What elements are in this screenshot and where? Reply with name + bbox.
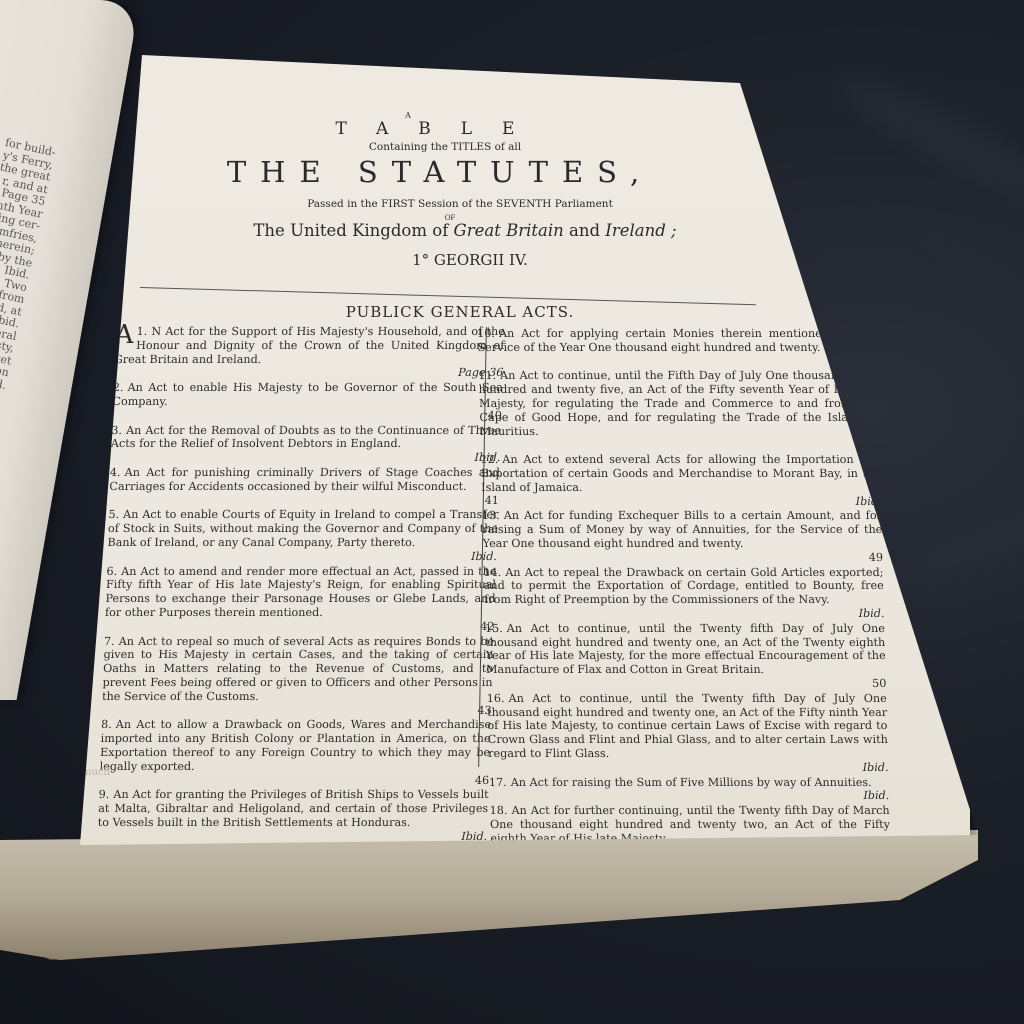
act-title: An Act for granting the Privileges of Br… [97,788,488,829]
act-page: Ibid. [110,451,500,465]
cloth-fold [826,61,1024,218]
act-page: 49 [483,551,883,565]
act-title: An Act to allow a Drawback on Goods, War… [99,718,491,772]
book-page: A TABLE Containing the TITLES of all THE… [80,55,970,845]
act-page: 50 [486,677,886,691]
act-page: 48 [480,438,880,452]
act-title: N Act for the Support of His Majesty's H… [114,325,505,366]
header-containing: Containing the TITLES of all [300,141,590,153]
act-entry: 3.An Act for the Removal of Doubts as to… [110,424,501,465]
act-number: 11. [478,369,496,382]
act-title: An Act for funding Exchequer Bills to a … [482,509,882,550]
act-entry: 15.An Act to continue, until the Twenty … [485,622,887,691]
act-entry: 2.An Act to enable His Majesty to be Gov… [112,381,503,422]
act-entry: 10.An Act for applying certain Monies th… [477,327,878,368]
act-title: An Act to enable Courts of Equity in Ire… [107,508,498,549]
act-title: An Act to repeal the Drawback on certain… [484,566,884,607]
act-entry: 7.An Act to repeal so much of several Ac… [101,635,494,718]
act-number: 5. [108,508,119,521]
act-entry: 4.An Act for punishing criminally Driver… [109,466,500,507]
section-title: PUBLICK GENERAL ACTS. [300,303,620,321]
header-session: Passed in the FIRST Session of the SEVEN… [250,198,670,210]
page-title: THE STATUTES, [210,155,670,189]
kingdom-and: and [569,221,600,240]
act-entry: 11.An Act to continue, until the Fifth D… [478,369,880,452]
act-title: An Act to repeal so much of several Acts… [102,635,494,703]
cloth-fold [880,480,1024,600]
act-page: 46 [99,774,489,788]
act-title: An Act for raising the Sum of Five Milli… [511,776,872,789]
act-entry: 5.An Act to enable Courts of Equity in I… [107,508,499,563]
act-number: 18. [490,804,508,817]
act-page: Ibid. [484,607,884,621]
act-page: 41 [109,494,499,508]
act-page: Ibid. [489,789,889,803]
act-number: 8. [101,718,112,731]
act-title: An Act to extend several Acts for allowi… [481,453,881,494]
act-page: Ibid. [488,761,888,775]
act-title: An Act for the Removal of Doubts as to t… [111,424,502,451]
kingdom-prefix: The United Kingdom of [253,221,448,240]
act-page: Page 36 [113,366,503,380]
act-number: 3. [111,424,122,437]
act-title: An Act to enable His Majesty to be Gover… [112,381,503,408]
act-number: 17. [489,776,507,789]
bleed-through-text: much [82,767,110,778]
act-entry: 8.An Act to allow a Drawback on Goods, W… [99,718,491,787]
act-number: 13. [482,509,500,522]
act-title: An Act to continue, until the Fifth Day … [478,369,879,437]
act-number: 4. [110,466,121,479]
act-number: 9. [98,788,109,801]
header-regnal-year: 1° GEORGII IV. [340,251,600,269]
act-entry: 13.An Act for funding Exchequer Bills to… [482,509,883,564]
act-number: 16. [487,692,505,705]
act-page: 40 [112,409,502,423]
acts-column-left: 1.AN Act for the Support of His Majesty'… [97,325,505,844]
act-number: 12. [480,453,498,466]
act-number: 10. [477,327,495,340]
kingdom-gb: Great Britain [454,221,564,240]
act-entry: 12.An Act to extend several Acts for all… [480,453,881,508]
act-title: An Act for applying certain Monies there… [477,327,877,354]
act-entry: 9.An Act for granting the Privileges of … [97,788,489,843]
act-entry: 16.An Act to continue, until the Twenty … [487,692,889,775]
act-entry: 1.AN Act for the Support of His Majesty'… [113,325,505,380]
act-number: 7. [104,635,115,648]
act-title: An Act to continue, until the Twenty fif… [485,622,886,676]
drop-cap: A [114,325,133,345]
acts-column-right: 10.An Act for applying certain Monies th… [477,327,891,860]
act-number: 1. [136,325,147,338]
act-number: 14. [483,566,501,579]
header-table: TABLE [290,119,590,139]
header-kingdom: The United Kingdom of Great Britain and … [230,221,700,240]
act-number: 6. [106,565,117,578]
act-entry: 17.An Act for raising the Sum of Five Mi… [489,776,890,804]
act-entry: 6.An Act to amend and render more effect… [104,565,496,634]
cloth-fold [873,189,1024,368]
act-entry: 14.An Act to repeal the Drawback on cert… [483,566,884,621]
act-number: 15. [485,622,503,635]
act-title: An Act for punishing criminally Drivers … [109,466,500,493]
act-page: 43 [101,704,491,718]
act-page: Ibid. [107,550,497,564]
act-page: Page 47 [478,355,878,369]
kingdom-ireland: Ireland ; [605,221,676,240]
act-title: An Act to continue, until the Twenty fif… [487,692,888,760]
act-page: 42 [104,620,494,634]
act-title: An Act to amend and render more effectua… [105,565,497,619]
act-page: Ibid. [481,495,881,509]
act-number: 2. [113,381,124,394]
